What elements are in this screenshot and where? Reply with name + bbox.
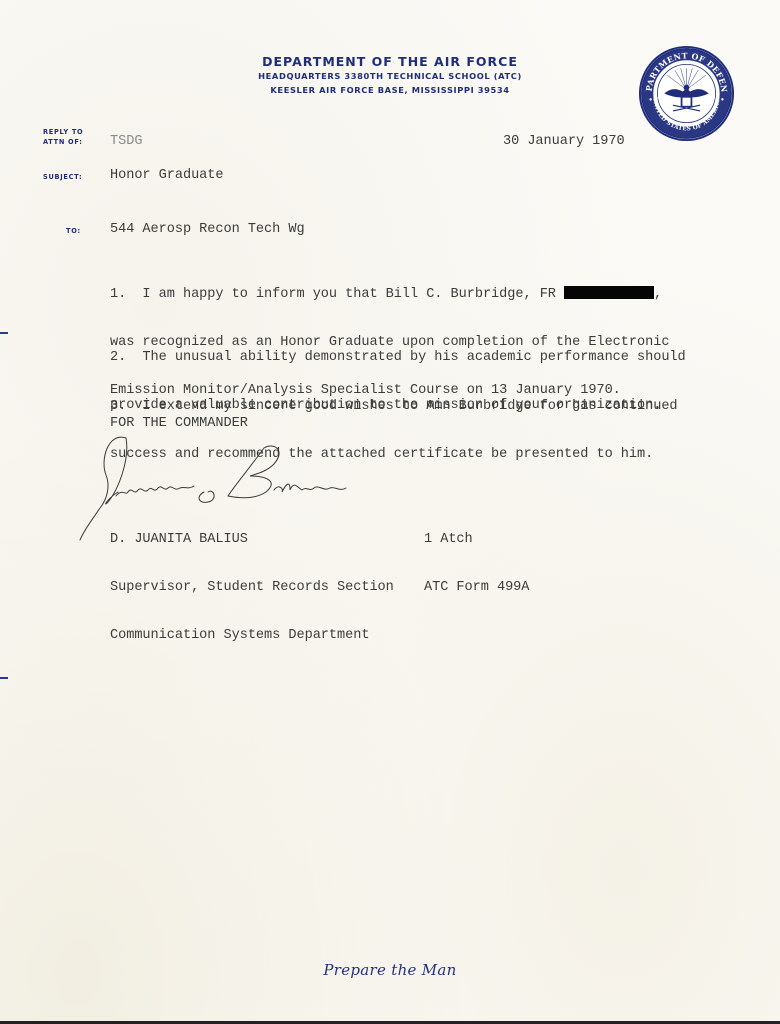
signer-department: Communication Systems Department xyxy=(110,628,394,644)
attachment-count: 1 Atch xyxy=(424,532,529,548)
attachment-block: 1 Atch ATC Form 499A xyxy=(424,500,529,612)
to-value: 544 Aerosp Recon Tech Wg xyxy=(110,222,305,238)
reply-to-value: TSDG xyxy=(110,134,142,150)
paragraph-2-line-1: 2. The unusual ability demonstrated by h… xyxy=(110,350,686,366)
reply-to-label: REPLY TO ATTN OF: xyxy=(43,127,83,147)
department-of-defense-seal-icon: DEPARTMENT OF DEFENSE UNITED STATES OF A… xyxy=(638,45,735,142)
paragraph-3-line-1: 3. I extend my sincere good wishes to Am… xyxy=(110,399,678,415)
signer-title: Supervisor, Student Records Section xyxy=(110,580,394,596)
subject-label: SUBJECT: xyxy=(43,172,82,182)
to-label: TO: xyxy=(66,226,81,236)
attachment-name: ATC Form 499A xyxy=(424,580,529,596)
letter-date: 30 January 1970 xyxy=(503,134,625,150)
fold-mark xyxy=(0,677,8,679)
subject-value: Honor Graduate xyxy=(110,168,224,184)
signature-block: D. JUANITA BALIUS Supervisor, Student Re… xyxy=(110,500,394,660)
signer-name: D. JUANITA BALIUS xyxy=(110,532,394,548)
redaction-bar xyxy=(564,286,654,299)
footer-motto: Prepare the Man xyxy=(0,961,780,979)
fold-mark xyxy=(0,332,8,334)
paragraph-1-line-1: 1. I am happy to inform you that Bill C.… xyxy=(110,286,669,303)
